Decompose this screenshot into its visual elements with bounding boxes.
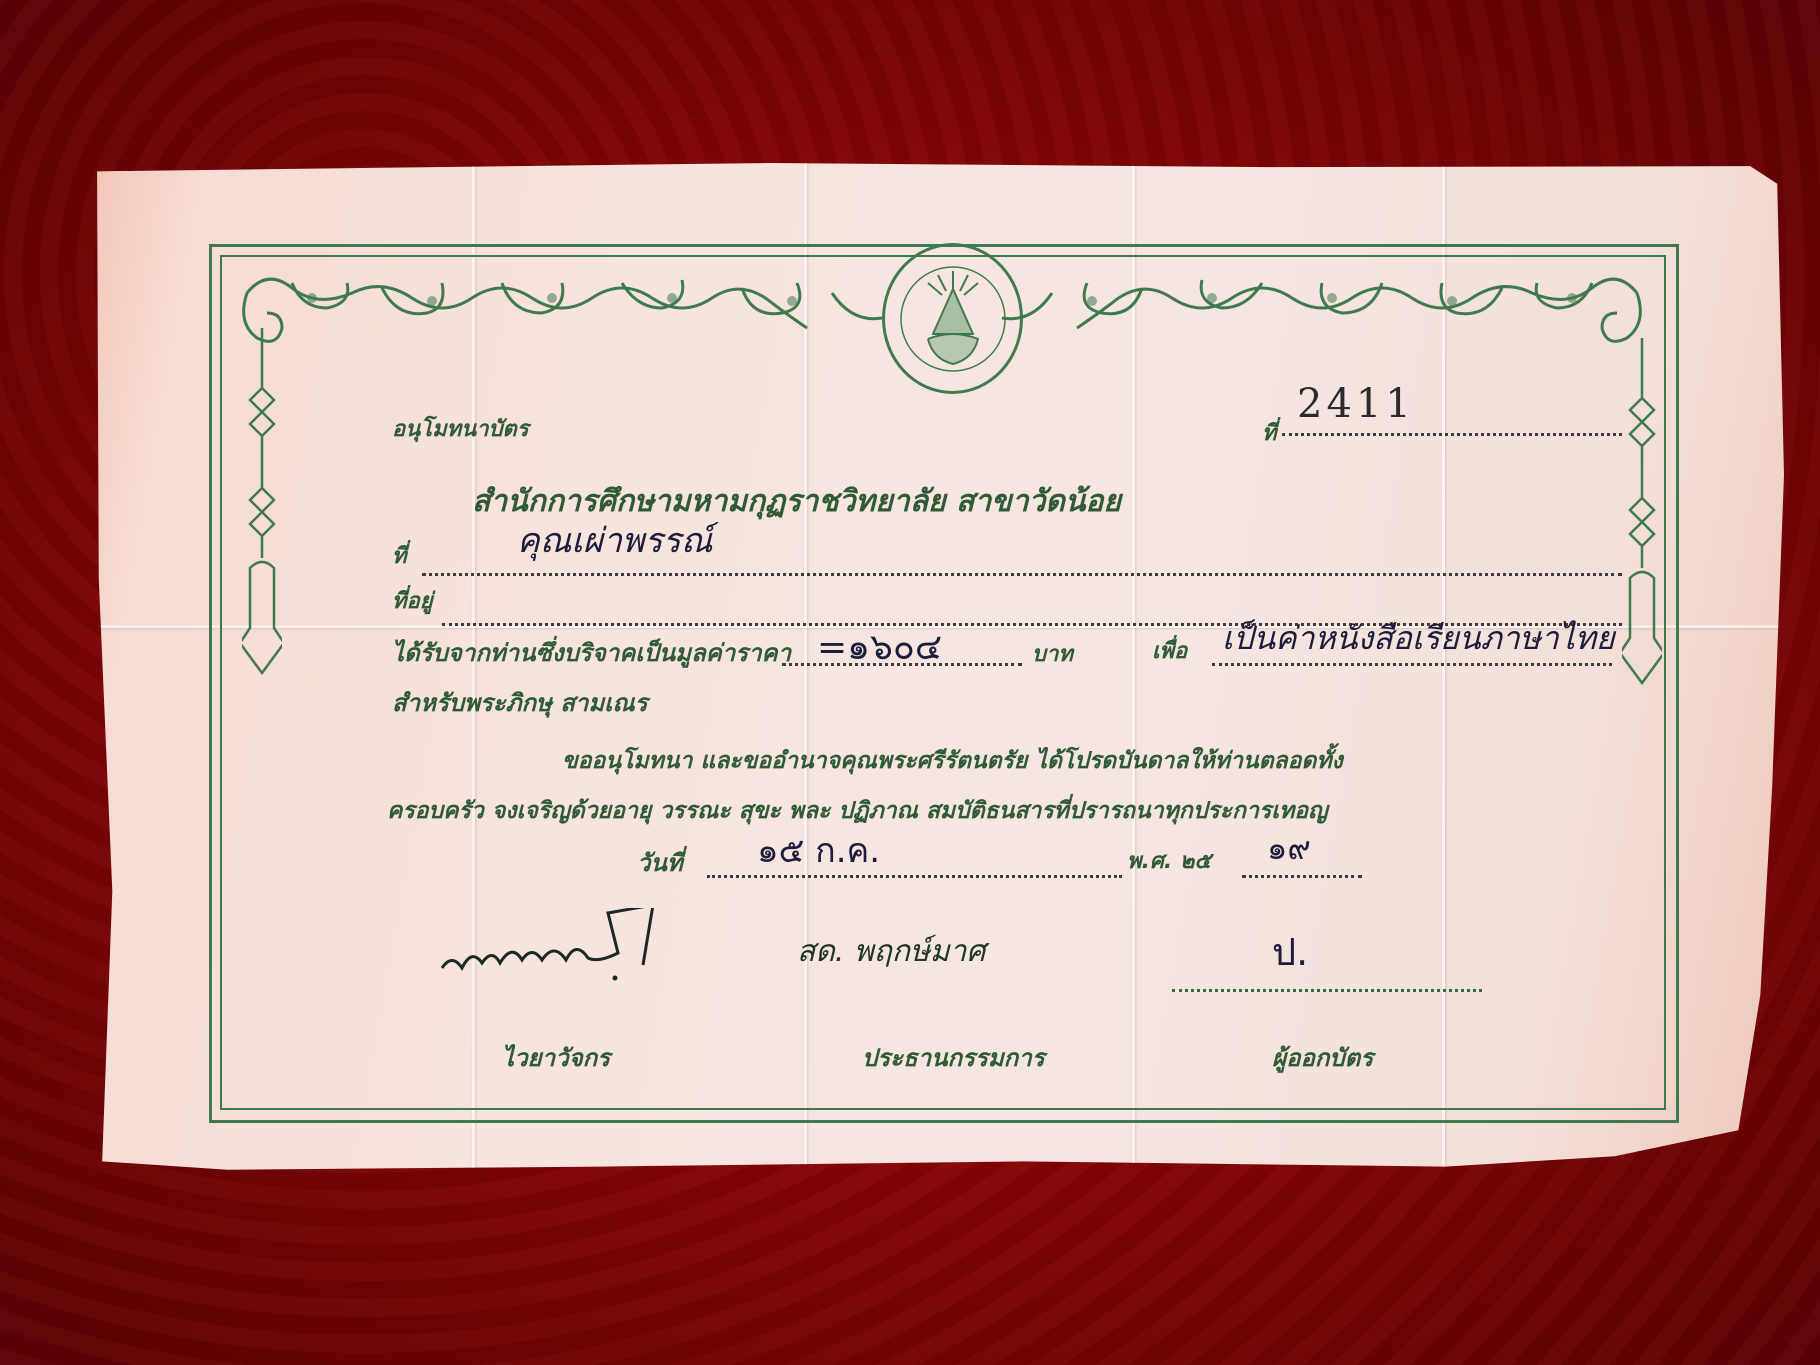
role-issuer: ผู้ออกบัตร <box>1272 1038 1373 1077</box>
date-day-line <box>707 875 1122 878</box>
date-year-line <box>1242 875 1362 878</box>
for-label: สำหรับพระภิกษุ สามเณร <box>392 683 648 722</box>
received-label: ได้รับจากท่านซึ่งบริจาคเป็นมูลค่าราคา <box>392 633 791 672</box>
date-day-label: วันที่ <box>637 843 683 882</box>
receipt-number-line <box>1282 433 1622 436</box>
emblem-seal <box>882 243 1023 394</box>
date-day-value: ๑๕ ก.ค. <box>757 823 880 877</box>
purpose-line <box>1212 663 1612 666</box>
royal-emblem-icon <box>898 259 1008 379</box>
side-ornament-left-icon <box>242 328 282 698</box>
name-line <box>422 573 1622 576</box>
amount-line <box>782 663 1022 666</box>
currency-label: บาท <box>1032 636 1073 671</box>
purpose-label: เพื่อ <box>1152 633 1187 668</box>
date-year-label: พ.ศ. ๒๕ <box>1127 843 1211 878</box>
blessing-line-1: ขออนุโมทนา และขออำนาจคุณพระศรีรัตนตรัย ไ… <box>562 743 1343 779</box>
document-type-label: อนุโมทนาบัตร <box>392 411 529 446</box>
side-ornament-right-icon <box>1622 338 1662 708</box>
address-label: ที่อยู่ <box>392 583 433 618</box>
receipt-paper: อนุโมทนาบัตร ที่ 2411 สำนักการศึกษามหามก… <box>92 163 1784 1203</box>
signature-chairman: สด. พฤกษ์มาศ <box>797 928 985 975</box>
issuer-signature-line <box>1172 989 1482 992</box>
receipt-number: 2411 <box>1297 381 1415 427</box>
role-chairman: ประธานกรรมการ <box>862 1038 1045 1077</box>
receipt-number-label: ที่ <box>1262 415 1277 450</box>
purpose-value: เป็นค่าหนังสือเรียนภาษาไทย <box>1222 613 1615 664</box>
amount-value: =๑๖๐๔ <box>817 618 942 675</box>
name-label: ที่ <box>392 538 407 573</box>
signature-caretaker <box>437 908 767 988</box>
role-caretaker: ไวยาวัจกร <box>502 1038 610 1077</box>
donor-name: คุณเผ่าพรรณ์ <box>517 513 712 567</box>
signature-issuer: ป. <box>1272 921 1308 982</box>
date-year-value: ๑๙ <box>1267 823 1311 874</box>
